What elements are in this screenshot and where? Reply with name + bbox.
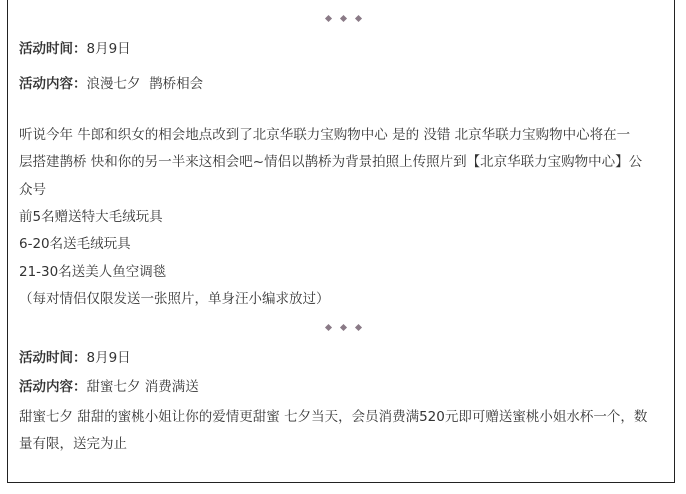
paragraph-line: 量有限，送完为止 xyxy=(19,431,127,457)
paragraph-line: 层搭建鹊桥 快和你的另一半来这相会吧~情侣以鹊桥为背景拍照上传照片到【北京华联力… xyxy=(19,149,642,175)
content-value: 甜蜜七夕 消费满送 xyxy=(87,379,199,395)
activity-time-2: 活动时间：8月9日 xyxy=(19,345,131,371)
time-label: 活动时间： xyxy=(19,350,87,366)
prize-note: （每对情侣仅限发送一张照片，单身汪小编求放过） xyxy=(19,286,330,312)
activity-content-1: 活动内容：浪漫七夕 鹊桥相会 xyxy=(19,71,203,97)
activity-time-1: 活动时间：8月9日 xyxy=(19,36,131,62)
prize-item: 前5名赠送特大毛绒玩具 xyxy=(19,204,163,230)
content-value: 浪漫七夕 鹊桥相会 xyxy=(87,76,204,92)
time-label: 活动时间： xyxy=(19,41,87,57)
paragraph-line: 听说今年 牛郎和织女的相会地点改到了北京华联力宝购物中心 是的 没错 北京华联力… xyxy=(19,122,630,148)
paragraph-line: 众号 xyxy=(19,177,46,203)
time-value: 8月9日 xyxy=(87,41,131,57)
content-label: 活动内容： xyxy=(19,379,87,395)
activity-content-2: 活动内容：甜蜜七夕 消费满送 xyxy=(19,374,199,400)
content-label: 活动内容： xyxy=(19,76,87,92)
divider-dots-icon xyxy=(0,323,686,332)
prize-item: 6-20名送毛绒玩具 xyxy=(19,231,131,257)
prize-item: 21-30名送美人鱼空调毯 xyxy=(19,259,166,285)
paragraph-line: 甜蜜七夕 甜甜的蜜桃小姐让你的爱情更甜蜜 七夕当天，会员消费满520元即可赠送蜜… xyxy=(19,404,647,430)
divider-dots-icon xyxy=(0,14,686,23)
time-value: 8月9日 xyxy=(87,350,131,366)
